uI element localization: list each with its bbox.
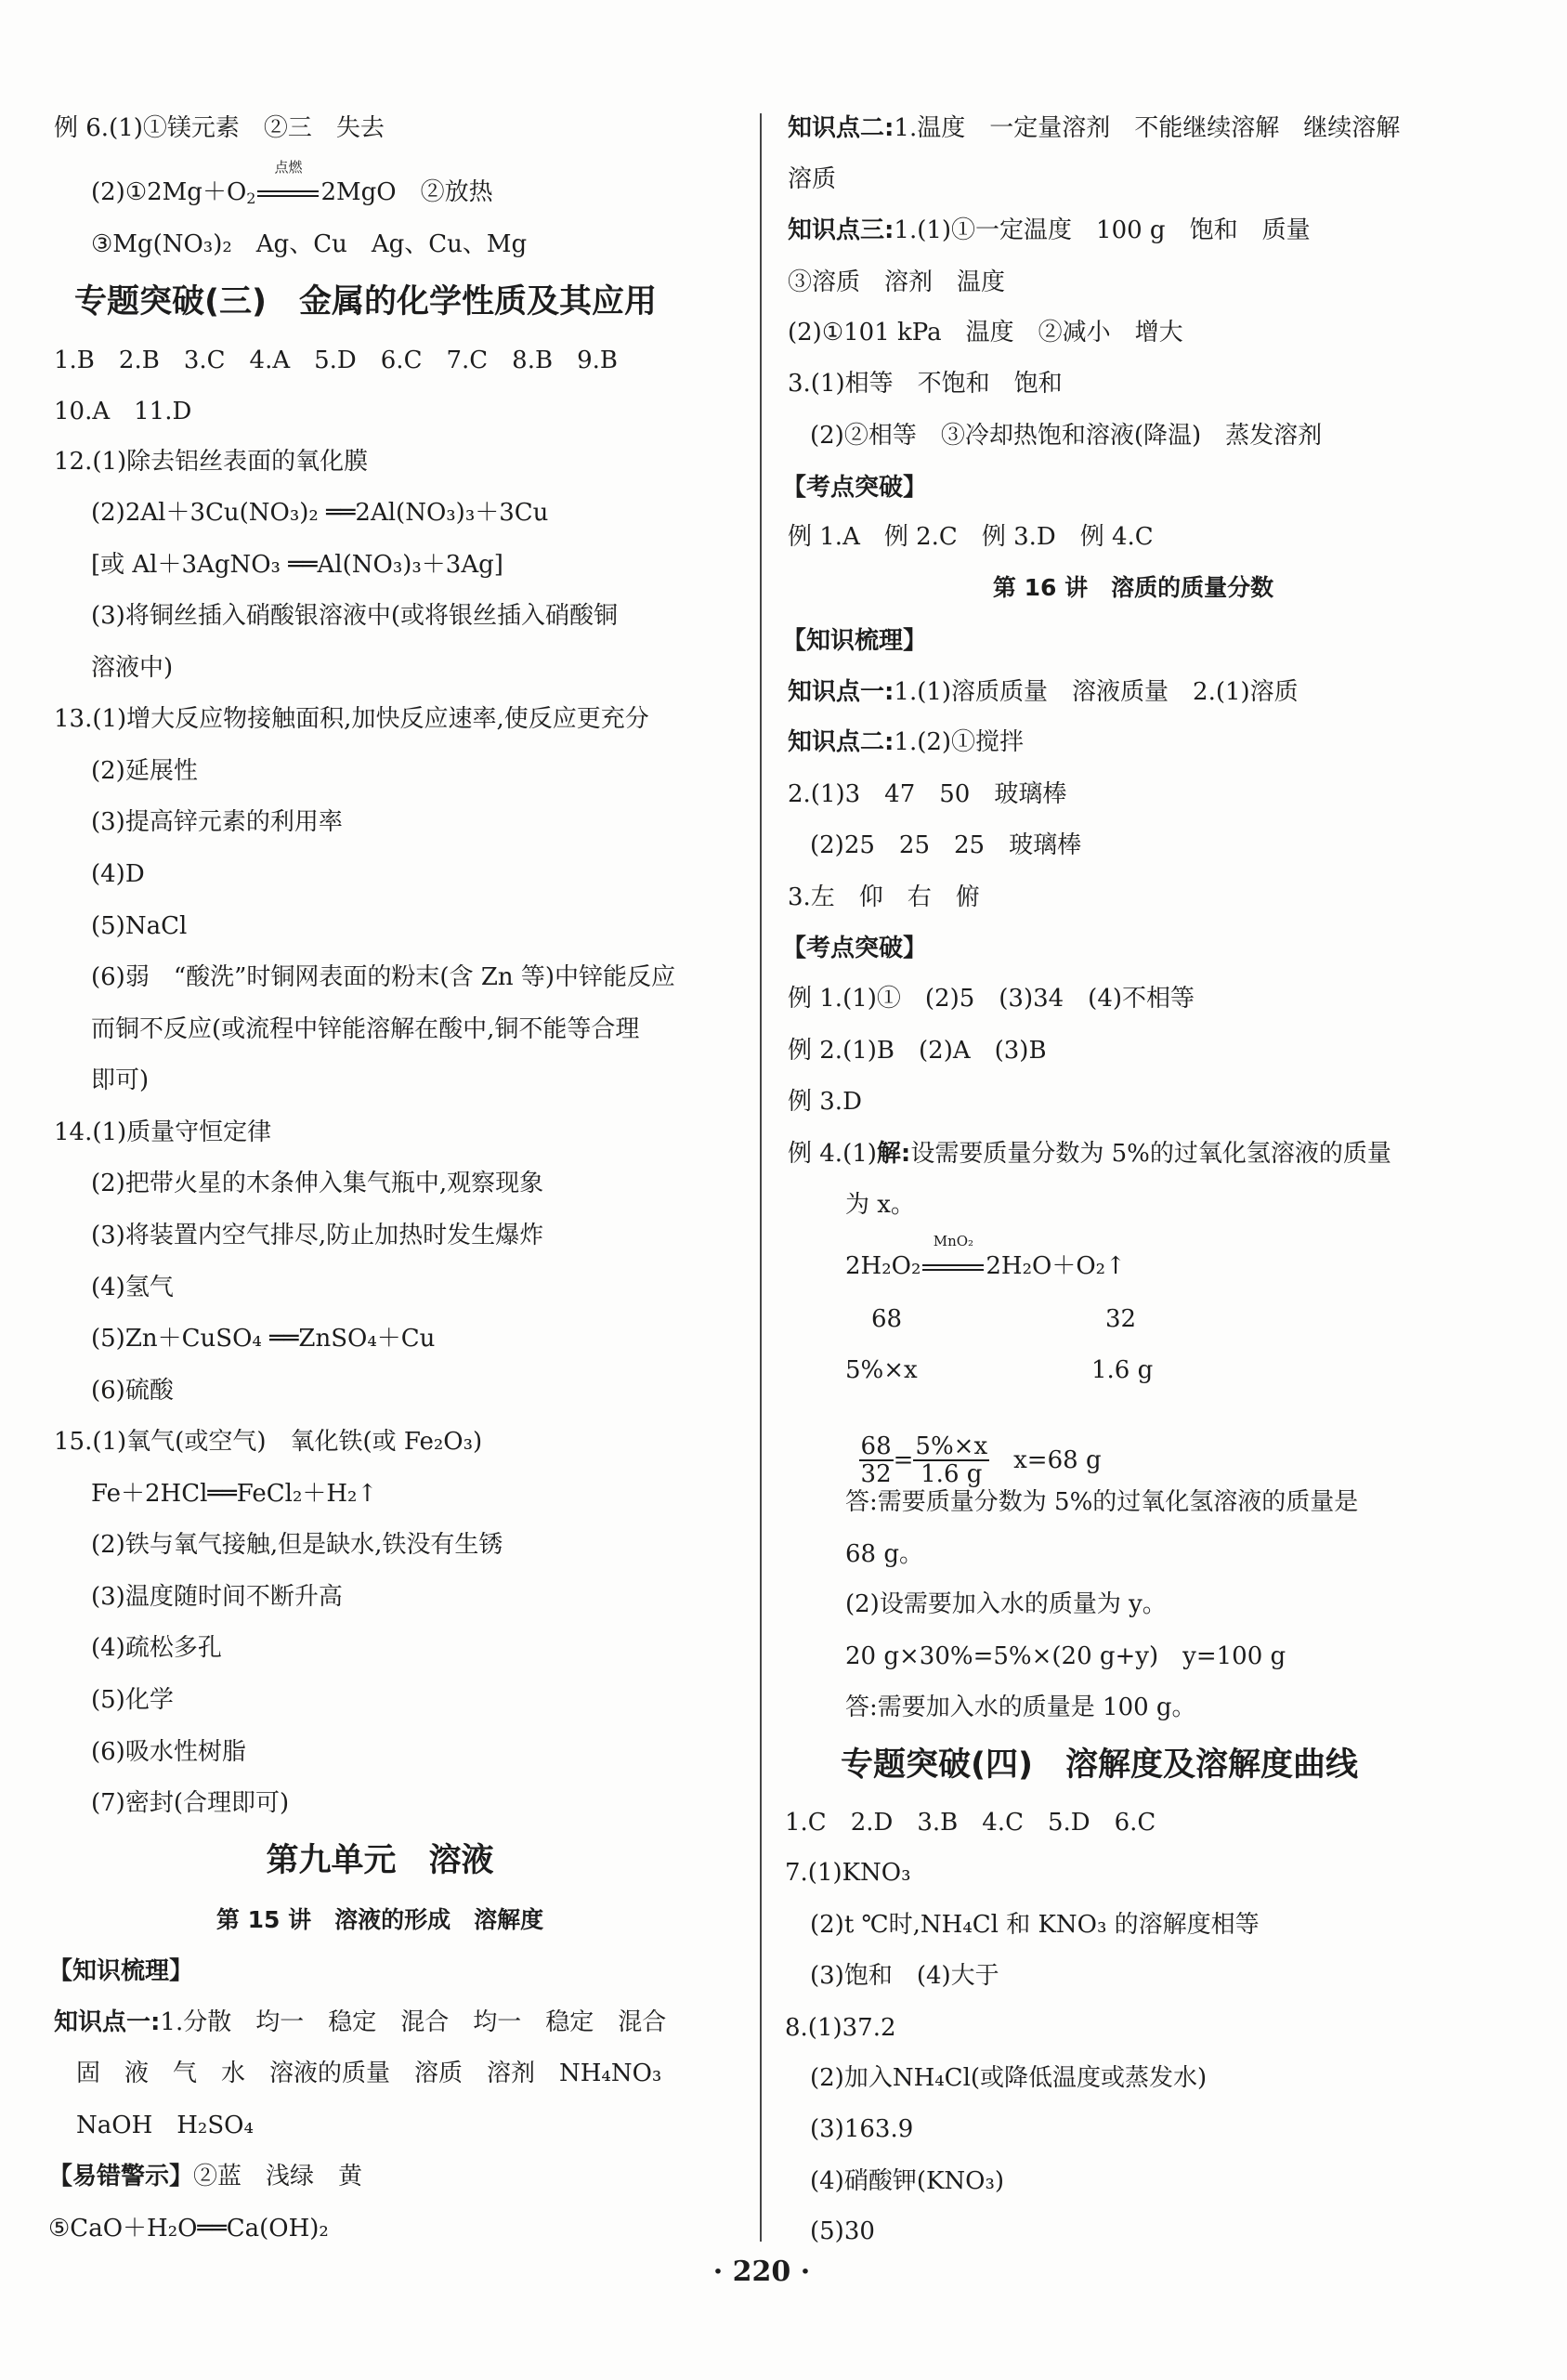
knowledge-point-1: 知识点一:1.(1)溶质质量 溶液质量 2.(1)溶质 — [788, 676, 1299, 708]
answer-1-line-1: 答:需要质量分数为 5%的过氧化氢溶液的质量是 — [845, 1486, 1358, 1518]
q13-line: (6)弱 “酸洗”时铜网表面的粉末(含 Zn 等)中锌能反应 — [91, 961, 675, 993]
mc-answers-1-6: 1.C 2.D 3.B 4.C 5.D 6.C — [785, 1807, 1156, 1838]
knowledge-point-text: 1.(1)溶质质量 溶液质量 2.(1)溶质 — [894, 678, 1298, 706]
knowledge-point-1-line-2: 固 液 气 水 溶液的质量 溶质 溶剂 NH₄NO₃ — [76, 2058, 661, 2089]
q15-line: (4)疏松多孔 — [91, 1632, 222, 1664]
q13-line: 而铜不反应(或流程中锌能溶解在酸中,铜不能等合理 — [91, 1013, 639, 1045]
q8-line: (2)加入NH₄Cl(或降低温度或蒸发水) — [810, 2062, 1207, 2094]
q8-line: (3)163.9 — [810, 2113, 913, 2145]
quantity-left: 5%×x — [845, 1354, 918, 1386]
knowledge-point-1: 知识点一:1.分散 均一 稳定 混合 均一 稳定 混合 — [54, 2007, 666, 2038]
q14-line: 14.(1)质量守恒定律 — [54, 1117, 271, 1148]
knowledge-point-3-line: 3.(1)相等 不饱和 饱和 — [788, 368, 1063, 399]
example-3-answer: 例 3.D — [788, 1086, 862, 1118]
column-divider — [760, 113, 762, 2242]
error-warning-label: 【易错警示】 — [48, 2163, 193, 2190]
knowledge-point-label: 知识点三: — [788, 216, 894, 244]
page-number: · 220 · — [0, 2256, 1523, 2288]
knowledge-point-3: 知识点三:1.(1)①一定温度 100 g 饱和 质量 — [788, 215, 1311, 246]
knowledge-point-text: 1.(2)①搅拌 — [894, 728, 1024, 756]
knowledge-point-3-line: (2)②相等 ③冷却热饱和溶液(降温) 蒸发溶剂 — [810, 420, 1322, 451]
section-title-topic-3: 专题突破(三) 金属的化学性质及其应用 — [74, 281, 657, 322]
knowledge-point-text: 1.(1)①一定温度 100 g 饱和 质量 — [894, 216, 1310, 244]
example-1-answer: 例 1.(1)① (2)5 (3)34 (4)不相等 — [788, 983, 1195, 1014]
knowledge-point-2-line-2: 溶质 — [788, 163, 836, 195]
example-6-line-2: (2)①2Mg＋O2点燃2MgO ②放热 — [91, 177, 493, 208]
q13-line: 即可) — [91, 1065, 149, 1096]
molar-mass-left: 68 — [871, 1303, 902, 1335]
knowledge-review-label: 【知识梳理】 — [782, 625, 927, 657]
q7-line: 7.(1)KNO₃ — [785, 1857, 911, 1889]
knowledge-point-label: 知识点二: — [788, 114, 894, 142]
q14-line: (2)把带火星的木条伸入集气瓶中,观察现象 — [91, 1168, 543, 1199]
knowledge-review-label: 【知识梳理】 — [48, 1955, 193, 1987]
q15-line: (2)铁与氧气接触,但是缺水,铁没有生锈 — [91, 1529, 503, 1561]
numerator: 68 — [859, 1433, 894, 1461]
q15-line: (5)化学 — [91, 1684, 174, 1716]
example-2-answer: 例 2.(1)B (2)A (3)B — [788, 1035, 1047, 1066]
unit-title: 第九单元 溶液 — [0, 1840, 760, 1881]
knowledge-point-text: 1.温度 一定量溶剂 不能继续溶解 继续溶解 — [894, 114, 1400, 142]
knowledge-line: 2.(1)3 47 50 玻璃棒 — [788, 778, 1066, 810]
q12-line: (2)2Al＋3Cu(NO₃)₂ ══2Al(NO₃)₃＋3Cu — [91, 497, 548, 529]
equation-products: 2H₂O＋O₂↑ — [986, 1252, 1125, 1280]
double-bar-icon — [922, 1264, 984, 1271]
solve-label: 解: — [877, 1140, 910, 1168]
exam-breakthrough-label: 【考点突破】 — [782, 472, 927, 503]
knowledge-line: 3.左 仰 右 俯 — [788, 882, 980, 913]
q12-line: (3)将铜丝插入硝酸银溶液中(或将银丝插入硝酸铜 — [91, 600, 618, 632]
equation-products: 2MgO ②放热 — [320, 178, 492, 206]
lecture-15-title: 第 15 讲 溶液的形成 溶解度 — [0, 1905, 760, 1935]
knowledge-point-2: 知识点二:1.(2)①搅拌 — [788, 726, 1024, 758]
section-title-topic-4: 专题突破(四) 溶解度及溶解度曲线 — [841, 1745, 1358, 1785]
exam-examples-answers: 例 1.A 例 2.C 例 3.D 例 4.C — [788, 521, 1154, 553]
reaction-condition: MnO₂ — [921, 1234, 986, 1249]
error-warning-text: ②蓝 浅绿 黄 — [193, 2163, 362, 2190]
q14-line: (6)硫酸 — [91, 1375, 174, 1406]
reaction-equals-sign: 点燃 — [255, 177, 320, 208]
reaction-equals-sign: MnO₂ — [921, 1250, 986, 1282]
equation-reactants: (2)①2Mg＋O — [91, 178, 246, 206]
solution-result: x=68 g — [1013, 1446, 1101, 1474]
fraction: 5%×x1.6 g — [913, 1433, 989, 1487]
error-warning-line-2: ⑤CaO＋H₂O══Ca(OH)₂ — [48, 2213, 329, 2244]
q12-line: 溶液中) — [91, 652, 173, 684]
molar-mass-right: 32 — [1105, 1303, 1136, 1335]
error-warning: 【易错警示】②蓝 浅绿 黄 — [48, 2161, 362, 2192]
part-2-answer: 答:需要加入水的质量是 100 g。 — [845, 1692, 1196, 1723]
knowledge-point-3-line: (2)①101 kPa 温度 ②减小 增大 — [788, 317, 1183, 348]
knowledge-point-label: 知识点一: — [54, 2008, 160, 2036]
q14-line: (3)将装置内空气排尽,防止加热时发生爆炸 — [91, 1220, 543, 1251]
knowledge-line: (2)25 25 25 玻璃棒 — [810, 830, 1081, 861]
knowledge-point-1-line-3: NaOH H₂SO₄ — [76, 2110, 254, 2141]
q14-line: (4)氢气 — [91, 1272, 174, 1303]
example-4-line-1: 例 4.(1)解:设需要质量分数为 5%的过氧化氢溶液的质量 — [788, 1138, 1391, 1170]
q8-line: 8.(1)37.2 — [785, 2012, 896, 2044]
q7-line: (2)t ℃时,NH₄Cl 和 KNO₃ 的溶解度相等 — [810, 1909, 1260, 1941]
q15-line: (6)吸水性树脂 — [91, 1736, 246, 1768]
example-6-line-3: ③Mg(NO₃)₂ Ag、Cu Ag、Cu、Mg — [91, 229, 527, 260]
q15-line: (3)温度随时间不断升高 — [91, 1581, 343, 1613]
q8-line: (5)30 — [810, 2216, 875, 2247]
reaction-condition: 点燃 — [255, 160, 320, 175]
knowledge-point-text: 1.分散 均一 稳定 混合 均一 稳定 混合 — [160, 2008, 666, 2036]
q15-line: 15.(1)氧气(或空气) 氧化铁(或 Fe₂O₃) — [54, 1426, 482, 1458]
example-4-prefix: 例 4.(1) — [788, 1140, 877, 1168]
answer-1-line-2: 68 g。 — [845, 1538, 923, 1570]
part-2-line-2: 20 g×30%=5%×(20 g+y) y=100 g — [845, 1641, 1286, 1672]
mc-answers-1-9: 1.B 2.B 3.C 4.A 5.D 6.C 7.C 8.B 9.B — [54, 345, 618, 376]
q12-line: 12.(1)除去铝丝表面的氧化膜 — [54, 446, 368, 477]
knowledge-point-3-line: ③溶质 溶剂 温度 — [788, 267, 1005, 298]
exam-breakthrough-label: 【考点突破】 — [782, 933, 927, 964]
double-bar-icon — [257, 190, 319, 197]
denominator: 32 — [859, 1461, 894, 1487]
q13-line: (3)提高锌元素的利用率 — [91, 806, 343, 838]
q13-line: 13.(1)增大反应物接触面积,加快反应速率,使反应更充分 — [54, 703, 649, 735]
q15-line: (7)密封(合理即可) — [91, 1787, 289, 1819]
example-4-text: 设需要质量分数为 5%的过氧化氢溶液的质量 — [910, 1140, 1391, 1168]
q12-line: [或 Al＋3AgNO₃ ══Al(NO₃)₃＋3Ag] — [91, 549, 503, 581]
knowledge-point-label: 知识点二: — [788, 728, 894, 756]
equals-sign: = — [894, 1446, 914, 1474]
denominator: 1.6 g — [913, 1461, 989, 1487]
q13-line: (2)延展性 — [91, 755, 198, 787]
q13-line: (5)NaCl — [91, 910, 187, 942]
subscript: 2 — [246, 190, 255, 207]
part-2-line-1: (2)设需要加入水的质量为 y。 — [845, 1589, 1167, 1620]
mc-answers-10-11: 10.A 11.D — [54, 396, 191, 427]
example-4-line-2: 为 x。 — [845, 1189, 915, 1221]
equation-reactants: 2H₂O₂ — [845, 1252, 921, 1280]
q8-line: (4)硝酸钾(KNO₃) — [810, 2165, 1004, 2197]
q13-line: (4)D — [91, 858, 145, 890]
lecture-16-title: 第 16 讲 溶质的质量分数 — [771, 573, 1495, 603]
quantity-right: 1.6 g — [1091, 1354, 1153, 1386]
chemical-equation: 2H₂O₂MnO₂2H₂O＋O₂↑ — [845, 1250, 1126, 1282]
knowledge-point-2: 知识点二:1.温度 一定量溶剂 不能继续溶解 继续溶解 — [788, 112, 1400, 144]
fraction: 6832 — [859, 1433, 894, 1487]
example-6-line-1: 例 6.(1)①镁元素 ②三 失去 — [54, 112, 385, 144]
q7-line: (3)饱和 (4)大于 — [810, 1960, 999, 1992]
proportion-equation: 6832=5%×x1.6 g x=68 g — [843, 1406, 1102, 1487]
q15-line: Fe＋2HCl══FeCl₂＋H₂↑ — [91, 1478, 377, 1510]
numerator: 5%×x — [913, 1433, 989, 1461]
knowledge-point-label: 知识点一: — [788, 678, 894, 706]
q14-line: (5)Zn＋CuSO₄ ══ZnSO₄＋Cu — [91, 1323, 435, 1354]
